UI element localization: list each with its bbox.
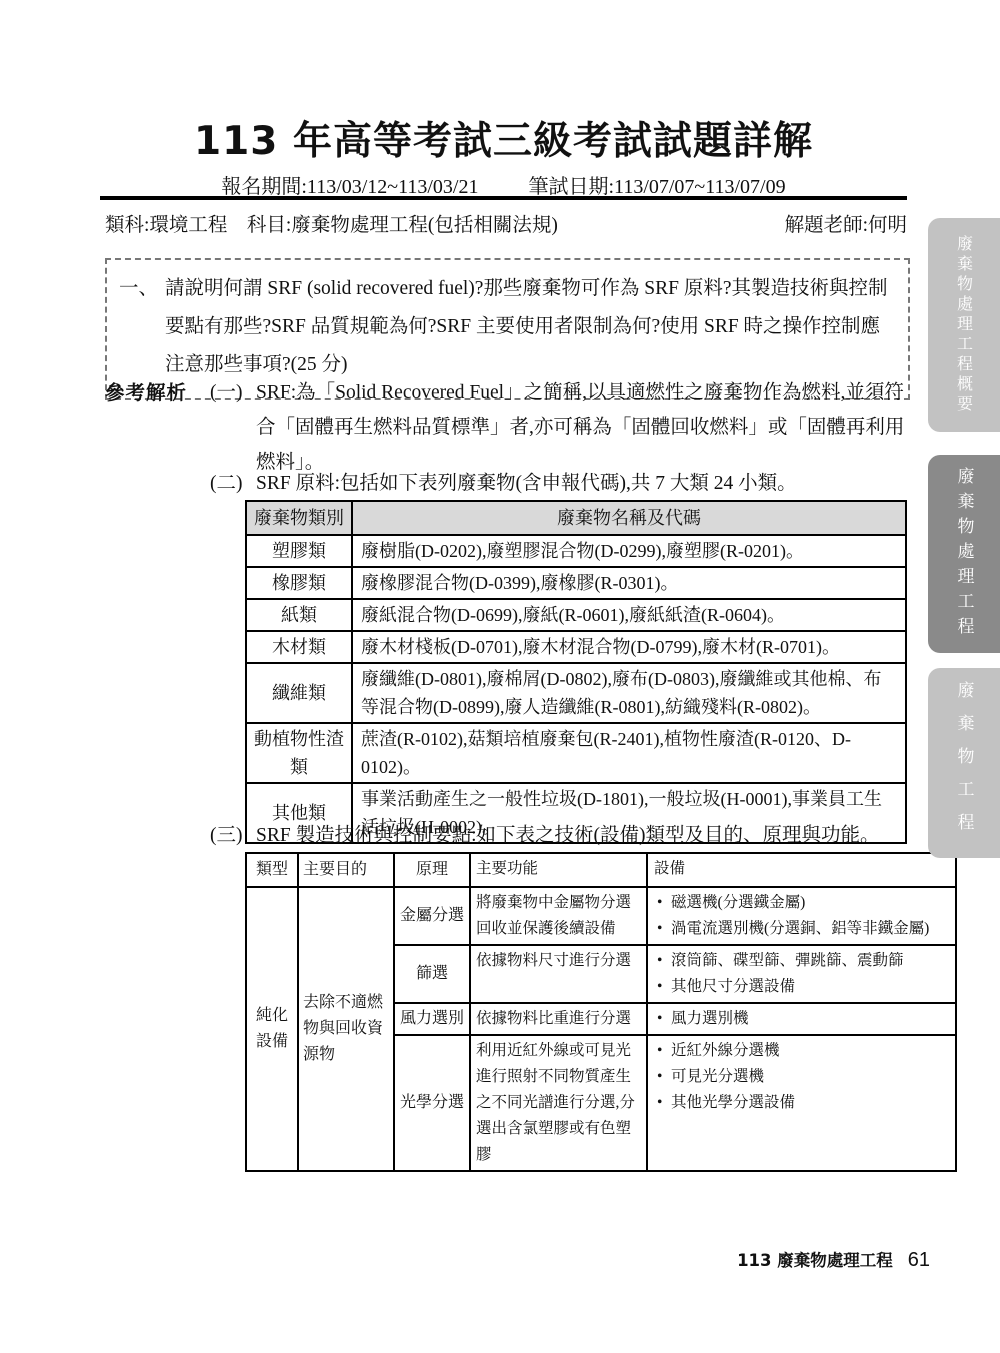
tech-purpose-cell: 去除不適燃物與回收資源物 — [298, 887, 394, 1171]
table-row: 紙類 廢紙混合物(D-0699),廢紙(R-0601),廢紙紙渣(R-0604)… — [246, 599, 906, 631]
tech-equipment-cell: 風力選別機 — [647, 1003, 956, 1035]
equipment-item: 風力選別機 — [654, 1006, 951, 1032]
tech-principle-cell: 光學分選 — [394, 1035, 470, 1171]
table-row: 純化設備 去除不適燃物與回收資源物 金屬分選 將廢棄物中金屬物分選回收並保護後續… — [246, 887, 956, 945]
analysis-item-2-number: (二) — [210, 466, 256, 501]
waste-table-header-codes: 廢棄物名稱及代碼 — [352, 501, 906, 535]
footer-book-title: 113 廢棄物處理工程 — [737, 1247, 893, 1271]
dates-line: 報名期間:113/03/12~113/03/21 筆試日期:113/07/07~… — [100, 170, 907, 199]
teacher-name: 解題老師:何明 — [785, 209, 907, 237]
equipment-item: 可見光分選機 — [654, 1064, 951, 1090]
divider-rule — [100, 196, 907, 200]
waste-codes-cell: 廢纖維(D-0801),廢棉屑(D-0802),廢布(D-0803),廢纖維或其… — [352, 663, 906, 723]
tech-equipment-cell: 近紅外線分選機 可見光分選機 其他光學分選設備 — [647, 1035, 956, 1171]
tech-table: 類型 主要目的 原理 主要功能 設備 純化設備 去除不適燃物與回收資源物 金屬分… — [245, 852, 957, 1172]
category-line: 類科:環境工程 科目:廢棄物處理工程(包括相關法規) 解題老師:何明 — [105, 209, 907, 237]
tech-principle-cell: 金屬分選 — [394, 887, 470, 945]
equipment-item: 渦電流選別機(分選銅、鋁等非鐵金屬) — [654, 916, 951, 942]
waste-codes-cell: 廢木材棧板(D-0701),廢木材混合物(D-0799),廢木材(R-0701)… — [352, 631, 906, 663]
tech-equipment-cell: 滾筒篩、碟型篩、彈跳篩、震動篩 其他尺寸分選設備 — [647, 945, 956, 1003]
tech-table-header-row: 類型 主要目的 原理 主要功能 設備 — [246, 853, 956, 887]
page-title: 113 年高等考試三級考試試題詳解 — [100, 110, 907, 166]
registration-period: 報名期間:113/03/12~113/03/21 — [221, 170, 478, 199]
footer-page-number: 61 — [908, 1249, 930, 1272]
tech-equipment-cell: 磁選機(分選鐵金屬) 渦電流選別機(分選銅、鋁等非鐵金屬) — [647, 887, 956, 945]
sidebar-tab-waste-treatment-overview[interactable]: 廢棄物處理工程概要 — [928, 218, 1000, 432]
waste-category-cell: 橡膠類 — [246, 567, 352, 599]
analysis-item-2: (二) SRF 原料:包括如下表列廢棄物(含申報代碼),共 7 大類 24 小類… — [210, 466, 910, 501]
table-row: 塑膠類 廢樹脂(D-0202),廢塑膠混合物(D-0299),廢塑膠(R-020… — [246, 535, 906, 567]
table-row: 橡膠類 廢橡膠混合物(D-0399),廢橡膠(R-0301)。 — [246, 567, 906, 599]
question-number: 一、 — [119, 270, 165, 384]
tech-function-cell: 將廢棄物中金屬物分選回收並保護後續設備 — [470, 887, 647, 945]
analysis-item-3: (三) SRF 製造技術與控制要點:如下表之技術(設備)類型及目的、原理與功能。 — [210, 818, 910, 853]
tech-header-principle: 原理 — [394, 853, 470, 887]
analysis-item-2-text: SRF 原料:包括如下表列廢棄物(含申報代碼),共 7 大類 24 小類。 — [256, 466, 910, 501]
tech-header-type: 類型 — [246, 853, 298, 887]
waste-category-cell: 纖維類 — [246, 663, 352, 723]
waste-codes-cell: 蔗渣(R-0102),菇類培植廢棄包(R-2401),植物性廢渣(R-0120、… — [352, 723, 906, 783]
analysis-item-1-number: (一) — [210, 375, 256, 480]
tech-type-cell: 純化設備 — [246, 887, 298, 1171]
equipment-item: 其他尺寸分選設備 — [654, 974, 951, 1000]
tech-header-function: 主要功能 — [470, 853, 647, 887]
tech-header-purpose: 主要目的 — [298, 853, 394, 887]
tech-header-equipment: 設備 — [647, 853, 956, 887]
waste-category-cell: 木材類 — [246, 631, 352, 663]
analysis-item-1-text: SRF:為「Solid Recovered Fuel」之簡稱,以具適燃性之廢棄物… — [256, 375, 910, 480]
equipment-item: 其他光學分選設備 — [654, 1090, 951, 1116]
question-text: 請說明何謂 SRF (solid recovered fuel)?那些廢棄物可作… — [165, 270, 896, 384]
tech-principle-cell: 風力選別 — [394, 1003, 470, 1035]
sidebar-tab-waste-engineering[interactable]: 廢棄物工程 — [928, 668, 1000, 858]
equipment-item: 滾筒篩、碟型篩、彈跳篩、震動篩 — [654, 948, 951, 974]
analysis-item-1: (一) SRF:為「Solid Recovered Fuel」之簡稱,以具適燃性… — [210, 375, 910, 480]
waste-codes-cell: 廢紙混合物(D-0699),廢紙(R-0601),廢紙紙渣(R-0604)。 — [352, 599, 906, 631]
analysis-label: 參考解析 — [105, 377, 187, 405]
table-row: 木材類 廢木材棧板(D-0701),廢木材混合物(D-0799),廢木材(R-0… — [246, 631, 906, 663]
tech-function-cell: 依據物料尺寸進行分選 — [470, 945, 647, 1003]
exam-date: 筆試日期:113/07/07~113/07/09 — [529, 170, 786, 199]
waste-category-cell: 塑膠類 — [246, 535, 352, 567]
analysis-item-3-number: (三) — [210, 818, 256, 853]
tech-function-cell: 依據物料比重進行分選 — [470, 1003, 647, 1035]
equipment-item: 磁選機(分選鐵金屬) — [654, 890, 951, 916]
waste-codes-cell: 廢樹脂(D-0202),廢塑膠混合物(D-0299),廢塑膠(R-0201)。 — [352, 535, 906, 567]
tech-function-cell: 利用近紅外線或可見光進行照射不同物質產生之不同光譜進行分選,分選出含氯塑膠或有色… — [470, 1035, 647, 1171]
tech-principle-cell: 篩選 — [394, 945, 470, 1003]
sidebar-tab-waste-treatment-engineering[interactable]: 廢棄物處理工程 — [928, 455, 1000, 653]
waste-category-cell: 動植物性渣類 — [246, 723, 352, 783]
table-row: 纖維類 廢纖維(D-0801),廢棉屑(D-0802),廢布(D-0803),廢… — [246, 663, 906, 723]
table-row: 動植物性渣類 蔗渣(R-0102),菇類培植廢棄包(R-2401),植物性廢渣(… — [246, 723, 906, 783]
equipment-item: 近紅外線分選機 — [654, 1038, 951, 1064]
page-footer: 113 廢棄物處理工程 61 — [737, 1247, 930, 1272]
waste-codes-cell: 廢橡膠混合物(D-0399),廢橡膠(R-0301)。 — [352, 567, 906, 599]
waste-table: 廢棄物類別 廢棄物名稱及代碼 塑膠類 廢樹脂(D-0202),廢塑膠混合物(D-… — [245, 500, 907, 844]
waste-table-header-row: 廢棄物類別 廢棄物名稱及代碼 — [246, 501, 906, 535]
category-subject: 類科:環境工程 科目:廢棄物處理工程(包括相關法規) — [105, 209, 558, 237]
waste-table-header-category: 廢棄物類別 — [246, 501, 352, 535]
waste-category-cell: 紙類 — [246, 599, 352, 631]
analysis-item-3-text: SRF 製造技術與控制要點:如下表之技術(設備)類型及目的、原理與功能。 — [256, 818, 910, 853]
